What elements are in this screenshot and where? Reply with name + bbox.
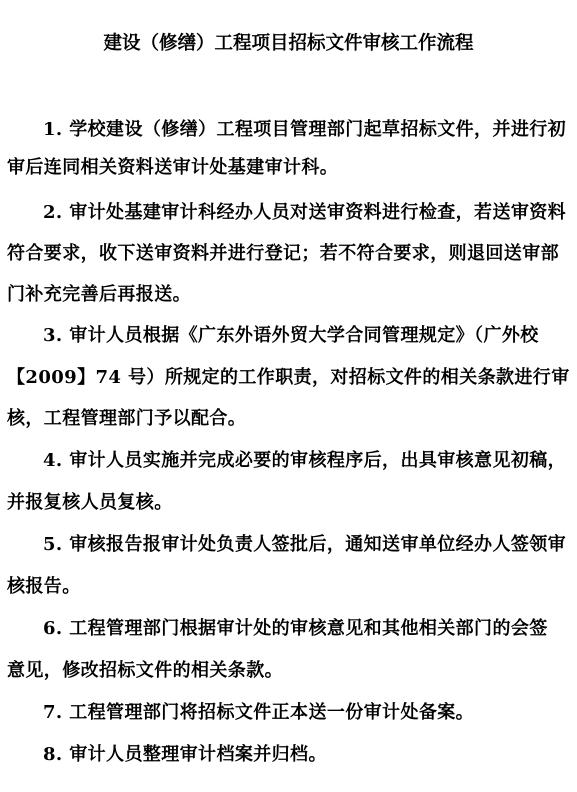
step-5-line-1: 5. 审核报告报审计处负责人签批后，通知送审单位经办人签领审 — [43, 533, 566, 557]
step-1-line-1: 1. 学校建设（修缮）工程项目管理部门起草招标文件，并进行初 — [43, 118, 566, 142]
step-3-line-3: 核，工程管理部门予以配合。 — [7, 407, 246, 431]
step-4-line-1: 4. 审计人员实施并完成必要的审核程序后，出具审核意见初稿， — [43, 449, 566, 473]
step-6-line-2: 意见，修改招标文件的相关条款。 — [7, 659, 283, 683]
step-2-line-3: 门补充完善后再报送。 — [7, 283, 191, 307]
step-7-line-1: 7. 工程管理部门将招标文件正本送一份审计处备案。 — [43, 701, 474, 725]
step-1-line-2: 审后连同相关资料送审计处基建审计科。 — [7, 156, 338, 180]
step-5-line-2: 核报告。 — [7, 575, 81, 599]
step-2-line-1: 2. 审计处基建审计科经办人员对送审资料进行检查，若送审资料 — [43, 201, 566, 225]
step-3-line-2: 【2009】74 号）所规定的工作职责，对招标文件的相关条款进行审 — [7, 366, 570, 390]
step-2-line-2: 符合要求，收下送审资料并进行登记；若不符合要求，则退回送审部 — [7, 242, 559, 266]
step-8-line-1: 8. 审计人员整理审计档案并归档。 — [43, 743, 327, 767]
step-6-line-1: 6. 工程管理部门根据审计处的审核意见和其他相关部门的会签 — [43, 617, 548, 641]
document-title: 建设（修缮）工程项目招标文件审核工作流程 — [0, 31, 577, 57]
document-page: 建设（修缮）工程项目招标文件审核工作流程 1. 学校建设（修缮）工程项目管理部门… — [0, 0, 577, 792]
step-4-line-2: 并报复核人员复核。 — [7, 491, 173, 515]
step-3-line-1: 3. 审计人员根据《广东外语外贸大学合同管理规定》（广外校 — [43, 324, 539, 348]
